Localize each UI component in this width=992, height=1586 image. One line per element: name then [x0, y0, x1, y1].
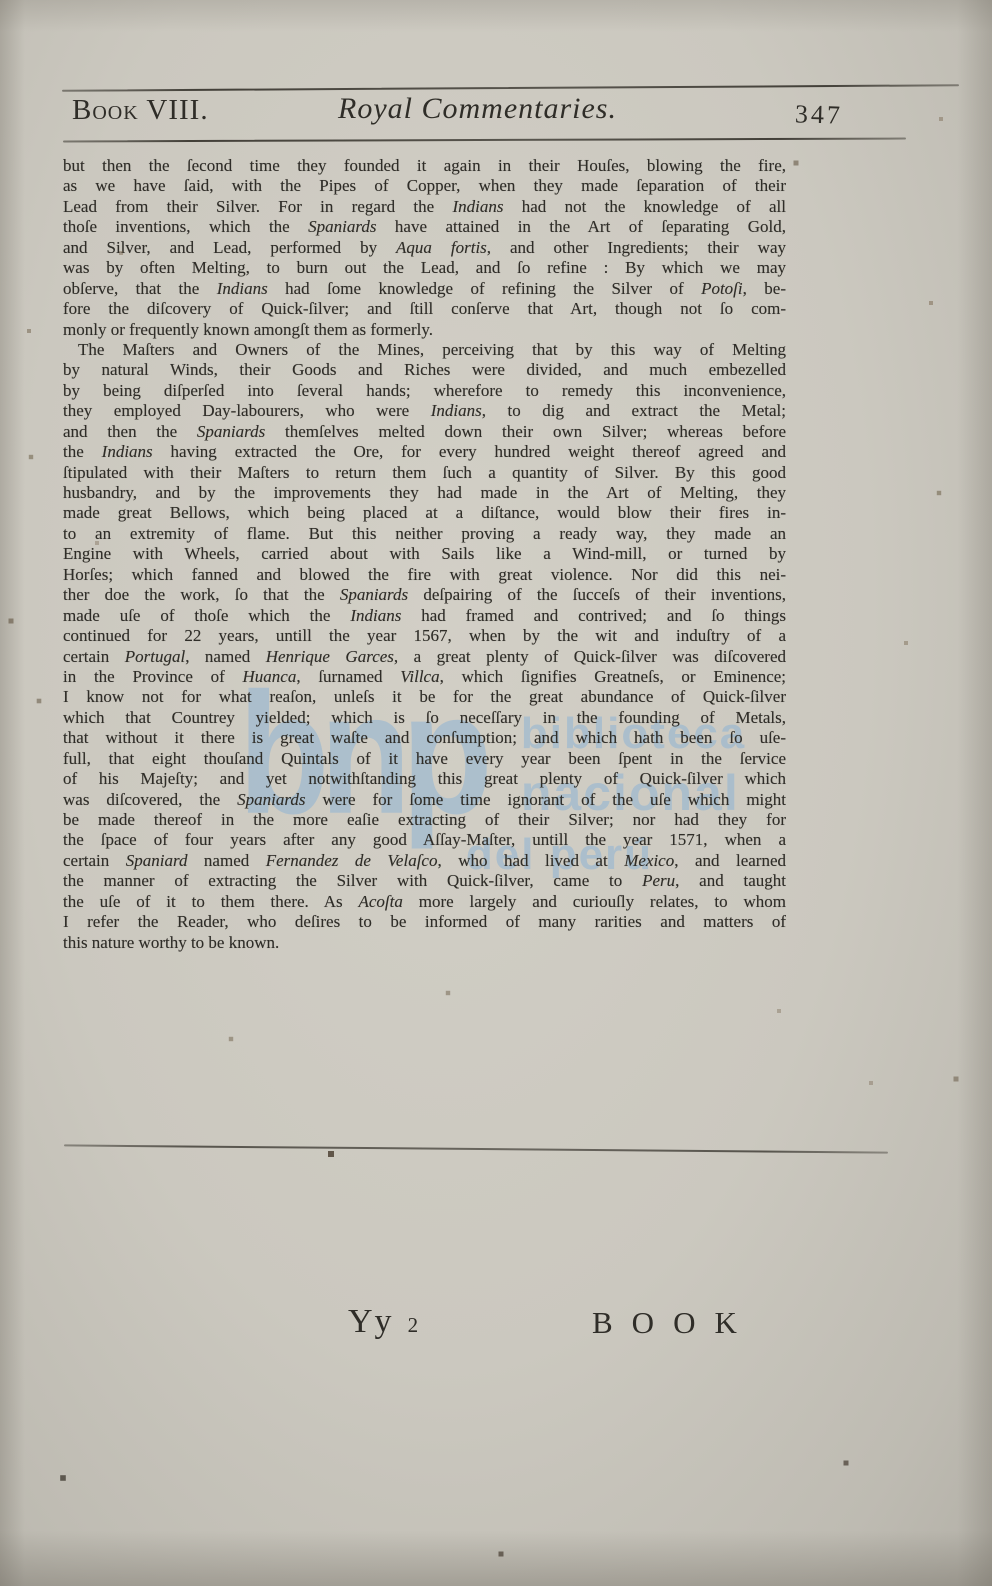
text-line: I know not for what reaſon, unleſs it be…	[63, 687, 786, 707]
text-line: was by often Melting, to burn out the Le…	[63, 258, 786, 278]
text-line: of his Majeſty; and yet notwithſtanding …	[63, 769, 786, 789]
paper-specks	[0, 0, 2, 2]
signature-number: 2	[408, 1313, 421, 1337]
body-text: but then the ſecond time they founded it…	[63, 156, 786, 953]
text-line: this nature worthy to be known.	[63, 933, 786, 953]
text-line: full, that eight thouſand Quintals of it…	[63, 749, 786, 769]
text-line: that without it there is great waſte and…	[63, 728, 786, 748]
book-label: Book VIII.	[72, 94, 209, 127]
text-line: was diſcovered, the Spaniards were for ſ…	[63, 790, 786, 810]
header-rule-bottom	[63, 138, 906, 143]
text-line: and Silver, and Lead, performed by Aqua …	[63, 238, 786, 258]
text-line: certain Spaniard named Fernandez de Vela…	[63, 851, 786, 871]
text-line: ther doe the work, ſo that the Spaniards…	[63, 585, 786, 605]
text-line: Lead from their Silver. For in regard th…	[63, 197, 786, 217]
text-line: they employed Day-labourers, who were In…	[63, 401, 786, 421]
text-line: monly or frequently known amongſt them a…	[63, 320, 786, 340]
text-line: and then the Spaniards themſelves melted…	[63, 422, 786, 442]
page-number: 347	[795, 99, 844, 130]
text-line: husbandry, and by the improvements they …	[63, 483, 786, 503]
signature-letters: Yy	[348, 1303, 394, 1340]
text-line: which that Countrey yielded; which is ſo…	[63, 708, 786, 728]
text-line: by being diſperſed into ſeveral hands; w…	[63, 381, 786, 401]
text-line: to an extremity of flame. But this neith…	[63, 524, 786, 544]
text-line: fore the diſcovery of Quick-ſilver; and …	[63, 299, 786, 319]
text-line: The Maſters and Owners of the Mines, per…	[63, 340, 786, 360]
text-line: ſtipulated with their Maſters to return …	[63, 463, 786, 483]
book-page: Book VIII. Royal Commentaries. 347 bnp b…	[0, 0, 992, 1586]
section-divider-rule	[64, 1144, 888, 1153]
header-rule-top	[62, 84, 959, 91]
text-line: the ſpace of four years after any good A…	[63, 830, 786, 850]
text-line: made great Bellows, which being placed a…	[63, 503, 786, 523]
text-line: Engine with Wheels, carried about with S…	[63, 544, 786, 564]
text-line: as we have ſaid, with the Pipes of Coppe…	[63, 176, 786, 196]
text-line: the manner of extracting the Silver with…	[63, 871, 786, 891]
text-line: but then the ſecond time they founded it…	[63, 156, 786, 176]
text-line: be made thereof in the more eaſie extrac…	[63, 810, 786, 830]
text-line: in the Province of Huanca, ſurnamed Vill…	[63, 667, 786, 687]
text-line: obſerve, that the Indians had ſome knowl…	[63, 279, 786, 299]
text-line: I refer the Reader, who deſires to be in…	[63, 912, 786, 932]
text-line: continued for 22 years, untill the year …	[63, 626, 786, 646]
text-line: the uſe of it to them there. As Acoſta m…	[63, 892, 786, 912]
signature-mark: Yy2	[348, 1303, 420, 1341]
text-line: made uſe of thoſe which the Indians had …	[63, 606, 786, 626]
running-title: Royal Commentaries.	[338, 92, 617, 126]
text-line: by natural Winds, their Goods and Riches…	[63, 360, 786, 380]
text-line: thoſe inventions, which the Spaniards ha…	[63, 217, 786, 237]
text-line: Horſes; which fanned and blowed the fire…	[63, 565, 786, 585]
text-line: the Indians having extracted the Ore, fo…	[63, 442, 786, 462]
catchword: BOOK	[592, 1305, 756, 1341]
text-line: certain Portugal, named Henrique Garces,…	[63, 647, 786, 667]
